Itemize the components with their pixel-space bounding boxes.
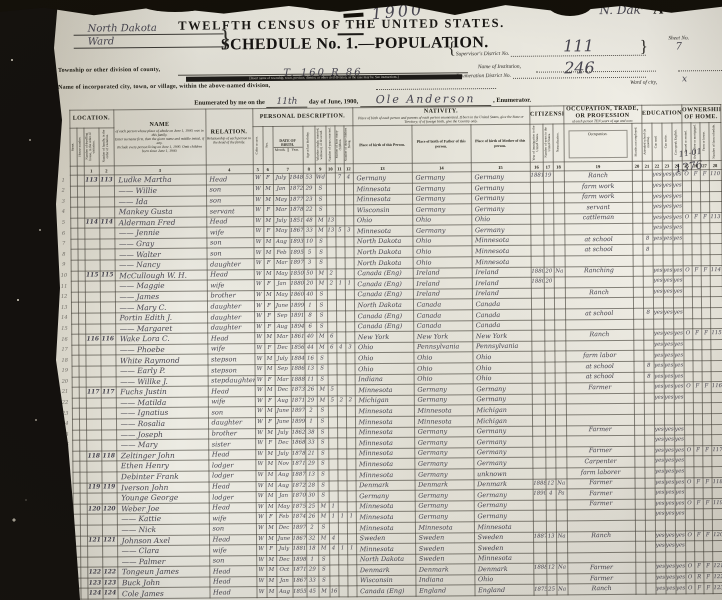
- census-cell: —— Margaret: [115, 323, 207, 334]
- census-cell: Head: [209, 576, 256, 587]
- census-cell: Sep: [274, 311, 290, 322]
- census-cell: [683, 234, 692, 245]
- census-cell: 117: [86, 387, 101, 398]
- census-cell: 1880: [290, 279, 304, 290]
- census-cell: lodger: [209, 492, 256, 503]
- census-cell: [533, 574, 546, 585]
- census-cell: [337, 406, 346, 417]
- census-cell: 115: [710, 329, 722, 340]
- census-cell: Canada (Eng): [357, 586, 416, 597]
- census-cell: [682, 202, 691, 213]
- census-cell: [84, 196, 99, 207]
- col-label: Mother of how many children.: [334, 126, 343, 164]
- census-cell: yes: [672, 191, 682, 202]
- line-number-left: 15: [58, 324, 71, 335]
- census-cell: yes: [675, 541, 685, 552]
- census-cell: yes: [664, 446, 674, 457]
- census-cell: yes: [662, 181, 672, 192]
- census-cell: 124: [87, 588, 102, 599]
- census-cell: Weber Joe: [117, 503, 209, 514]
- census-cell: [556, 521, 567, 532]
- census-cell: [703, 467, 712, 478]
- census-cell: Farmer: [566, 425, 634, 436]
- census-cell: [633, 329, 643, 340]
- census-cell: F: [694, 530, 703, 541]
- census-cell: [632, 192, 642, 203]
- census-cell: [555, 415, 566, 426]
- census-cell: [703, 520, 712, 531]
- census-cell: Minnesota: [474, 521, 533, 532]
- census-cell: 114: [710, 265, 722, 276]
- census-cell: [645, 478, 655, 489]
- col-label: 12: [344, 164, 353, 173]
- col-label: 5: [253, 165, 263, 174]
- census-cell: [702, 403, 711, 414]
- census-cell: [335, 184, 344, 195]
- census-cell: —— Rosalia: [116, 418, 208, 429]
- census-cell: [543, 224, 553, 235]
- census-cell: 30: [306, 491, 318, 502]
- census-cell: Ranch: [565, 287, 633, 298]
- census-cell: Canada: [413, 299, 472, 310]
- census-cell: Germany: [415, 511, 474, 522]
- census-cell: yes: [653, 308, 663, 319]
- census-cell: [556, 553, 567, 564]
- census-cell: Farmer: [566, 446, 634, 457]
- census-cell: [346, 438, 355, 449]
- census-cell: yes: [654, 435, 664, 446]
- census-cell: M: [318, 533, 329, 544]
- census-cell: [673, 255, 683, 266]
- census-cell: 13: [546, 532, 556, 543]
- census-cell: O: [685, 562, 694, 573]
- census-cell: yes: [674, 350, 684, 361]
- census-cell: [663, 244, 673, 255]
- census-cell: 117: [711, 445, 722, 456]
- census-cell: 1868: [291, 438, 305, 449]
- census-cell: W: [256, 555, 266, 566]
- census-cell: S: [316, 300, 327, 311]
- census-cell: yes: [653, 340, 663, 351]
- census-cell: [674, 403, 684, 414]
- census-cell: [347, 565, 356, 576]
- census-cell: yes: [665, 478, 675, 489]
- census-cell: [80, 525, 87, 536]
- census-cell: 8: [643, 245, 653, 256]
- census-cell: yes: [665, 530, 675, 541]
- census-cell: [532, 436, 545, 447]
- census-cell: 1895: [290, 248, 304, 259]
- census-cell: [347, 533, 356, 544]
- census-cell: [642, 181, 652, 192]
- census-cell: [635, 563, 645, 574]
- census-cell: W: [255, 407, 265, 418]
- scanned-census-page: 1900 TWELFTH CENSUS OF THE UNITED STATES…: [0, 0, 722, 600]
- census-cell: Germany: [473, 394, 532, 405]
- census-cell: [86, 377, 101, 388]
- census-cell: [532, 457, 545, 468]
- census-cell: [86, 419, 101, 430]
- census-cell: [544, 245, 554, 256]
- census-cell: May: [276, 502, 292, 513]
- census-cell: Canada: [472, 320, 531, 331]
- census-cell: [347, 523, 356, 534]
- census-cell: Jan: [274, 280, 290, 291]
- census-cell: yes: [665, 541, 675, 552]
- census-cell: 28: [306, 481, 318, 492]
- census-cell: at school: [565, 308, 633, 319]
- census-cell: [530, 214, 543, 225]
- line-number-left: 1: [57, 176, 70, 187]
- census-cell: [643, 298, 653, 309]
- census-cell: M: [318, 586, 329, 597]
- census-cell: [326, 194, 335, 205]
- census-cell: [345, 332, 354, 343]
- census-cell: W: [255, 375, 265, 386]
- census-cell: Head: [206, 216, 253, 227]
- group-education: EDUCATION.: [641, 105, 681, 124]
- census-cell: [100, 260, 115, 271]
- census-cell: W: [254, 248, 264, 259]
- census-cell: Aug: [276, 587, 292, 598]
- census-cell: [692, 297, 701, 308]
- census-cell: Ireland: [472, 277, 531, 288]
- census-cell: [345, 311, 354, 322]
- census-cell: [565, 319, 633, 330]
- census-cell: yes: [654, 425, 664, 436]
- census-cell: Dec: [275, 438, 291, 449]
- census-cell: yes: [672, 181, 682, 192]
- census-cell: [553, 171, 564, 182]
- census-cell: [543, 203, 553, 214]
- census-cell: at school: [565, 245, 633, 256]
- census-cell: 1897: [290, 258, 304, 269]
- census-cell: [702, 392, 711, 403]
- line-number-left: 18: [58, 356, 71, 367]
- census-cell: Tongeun James: [117, 566, 209, 577]
- census-cell: Minnesota: [356, 543, 415, 554]
- census-cell: S: [315, 195, 326, 206]
- census-cell: 120: [102, 504, 117, 515]
- census-cell: W: [254, 280, 264, 291]
- census-cell: 1871: [291, 396, 305, 407]
- census-cell: 118: [712, 477, 722, 488]
- census-cell: [532, 447, 545, 458]
- census-cell: W: [254, 322, 264, 333]
- census-cell: —— Matilda: [116, 397, 208, 408]
- census-cell: [347, 480, 356, 491]
- census-cell: S: [318, 491, 329, 502]
- census-cell: Sweden: [474, 532, 533, 543]
- census-cell: [326, 205, 335, 216]
- corner-state-mark: N. Dak(1) A: [599, 5, 665, 19]
- census-cell: [556, 468, 567, 479]
- census-cell: [328, 459, 337, 470]
- census-cell: 8: [644, 372, 654, 383]
- census-cell: Head: [209, 481, 256, 492]
- census-cell: 10: [303, 237, 315, 248]
- census-cell: Head: [208, 449, 255, 460]
- census-cell: [102, 514, 117, 525]
- census-cell: Head: [206, 174, 253, 185]
- census-cell: [101, 398, 116, 409]
- census-cell: —— Jennie: [114, 227, 206, 238]
- census-cell: Farmer: [568, 573, 636, 584]
- census-cell: 1: [304, 301, 316, 312]
- census-cell: [633, 308, 643, 319]
- col-label: Number of dwelling house, in the order o…: [83, 128, 98, 166]
- census-cell: 1899: [291, 417, 305, 428]
- census-cell: yes: [666, 573, 676, 584]
- census-cell: stepson: [207, 354, 254, 365]
- census-cell: M: [315, 216, 326, 227]
- line-number-left: 34: [60, 525, 73, 536]
- census-cell: 116: [711, 382, 722, 393]
- census-cell: [634, 382, 644, 393]
- census-cell: [710, 297, 722, 308]
- census-cell: at school: [566, 361, 634, 372]
- census-cell: [544, 341, 554, 352]
- census-cell: [635, 510, 645, 521]
- census-cell: [711, 435, 722, 446]
- census-cell: 1894: [290, 322, 304, 333]
- census-cell: May: [274, 269, 290, 280]
- census-cell: —— Ignatius: [116, 407, 208, 418]
- census-cell: [100, 323, 115, 334]
- census-cell: F: [703, 477, 712, 488]
- census-cell: Germany: [415, 490, 474, 501]
- census-cell: 124: [102, 588, 117, 599]
- census-cell: [346, 459, 355, 470]
- census-cell: England: [475, 585, 534, 596]
- census-cell: Germany: [474, 500, 533, 511]
- line-number-left: 35: [60, 536, 73, 547]
- line-number-left: 39: [60, 578, 73, 589]
- census-cell: Ohio: [473, 373, 532, 384]
- line-number-left: 40: [60, 589, 73, 600]
- census-cell: 23: [303, 195, 315, 206]
- census-cell: F: [265, 375, 275, 386]
- col-label: 21: [642, 161, 652, 170]
- census-cell: Denmark: [474, 479, 533, 490]
- census-cell: [328, 364, 337, 375]
- census-cell: [347, 586, 356, 597]
- census-cell: 16: [304, 353, 316, 364]
- col-label: Place of birth of Mother of this person.: [471, 125, 530, 164]
- census-cell: [712, 541, 722, 552]
- census-cell: S: [317, 459, 328, 470]
- census-cell: Pa: [556, 489, 567, 500]
- census-cell: Minnesota: [353, 183, 412, 194]
- census-cell: [327, 353, 336, 364]
- census-cell: yes: [664, 435, 674, 446]
- census-cell: Wisconsin: [353, 204, 412, 215]
- census-cell: [643, 255, 653, 266]
- census-cell: June: [276, 534, 292, 545]
- census-cell: [703, 488, 712, 499]
- census-cell: 1867: [289, 226, 303, 237]
- census-cell: [555, 457, 566, 468]
- census-cell: [553, 182, 564, 193]
- census-cell: [338, 502, 347, 513]
- census-cell: M: [266, 587, 276, 598]
- census-cell: [533, 542, 546, 553]
- census-cell: Germany: [412, 193, 471, 204]
- census-cell: 26: [305, 385, 317, 396]
- census-cell: 2: [305, 406, 317, 417]
- census-cell: [694, 456, 703, 467]
- census-cell: 29: [306, 565, 318, 576]
- col-label: Color or race.: [252, 127, 262, 165]
- census-cell: [555, 373, 566, 384]
- census-cell: [345, 247, 354, 258]
- census-cell: S: [317, 470, 328, 481]
- census-cell: [329, 491, 338, 502]
- census-cell: [692, 287, 701, 298]
- line-number-left: 30: [60, 483, 73, 494]
- census-cell: [634, 404, 644, 415]
- census-cell: [531, 246, 544, 257]
- census-cell: New York: [472, 330, 531, 341]
- census-cell: 6: [327, 332, 336, 343]
- census-cell: yes: [654, 393, 664, 404]
- census-cell: Ohio: [412, 214, 471, 225]
- census-cell: Ludke Martha: [114, 174, 206, 185]
- census-cell: [683, 255, 692, 266]
- census-cell: [653, 319, 663, 330]
- census-cell: Germany: [414, 384, 473, 395]
- city-field: [376, 78, 496, 90]
- line-number-left: 37: [60, 557, 73, 568]
- census-cell: [683, 308, 692, 319]
- census-cell: Farmer: [566, 383, 634, 394]
- census-cell: [703, 509, 712, 520]
- census-cell: M: [264, 354, 274, 365]
- census-cell: 119: [87, 483, 102, 494]
- census-cell: at school: [566, 372, 634, 383]
- census-cell: [554, 320, 565, 331]
- district-block: Supervisor's District No.111 Enumeration…: [456, 36, 646, 82]
- census-cell: —— Phoebe: [115, 344, 207, 355]
- census-cell: Canada: [413, 320, 472, 331]
- col-label: Year of immigration to the United States…: [530, 124, 543, 162]
- census-cell: [565, 340, 633, 351]
- census-cell: F: [704, 583, 713, 594]
- census-cell: servant: [206, 206, 253, 217]
- census-cell: [345, 353, 354, 364]
- census-cell: [555, 351, 566, 362]
- col-label: Months not employed.: [632, 124, 642, 162]
- institution-field-2: [678, 59, 722, 71]
- census-cell: [530, 224, 543, 235]
- census-cell: [344, 205, 353, 216]
- census-cell: [665, 552, 675, 563]
- col-label: Farm or house.: [700, 123, 709, 161]
- census-cell: yes: [664, 393, 674, 404]
- census-cell: Na: [556, 563, 567, 574]
- line-number-left: 32: [60, 504, 73, 515]
- census-cell: [531, 299, 544, 310]
- census-cell: S: [317, 428, 328, 439]
- census-cell: [337, 449, 346, 460]
- census-cell: 20: [304, 279, 316, 290]
- census-cell: [84, 228, 99, 239]
- census-cell: Ireland: [472, 267, 531, 278]
- census-cell: [566, 393, 634, 404]
- census-cell: Sweden: [474, 542, 533, 553]
- census-cell: [344, 237, 353, 248]
- census-cell: [545, 351, 555, 362]
- census-cell: [702, 424, 711, 435]
- census-cell: [86, 366, 101, 377]
- census-cell: W: [254, 301, 264, 312]
- census-cell: McCullough W. H.: [115, 270, 207, 281]
- census-cell: 13: [326, 226, 335, 237]
- census-cell: F: [266, 545, 276, 556]
- census-cell: [327, 311, 336, 322]
- occupation-box-header: Occupation.: [564, 124, 632, 163]
- line-number-left: 25: [59, 430, 72, 441]
- census-cell: May: [273, 195, 289, 206]
- census-cell: [655, 520, 665, 531]
- census-cell: [327, 290, 336, 301]
- census-cell: son: [207, 248, 254, 259]
- census-cell: [644, 351, 654, 362]
- census-cell: Germany: [471, 193, 530, 204]
- census-cell: [702, 350, 711, 361]
- census-cell: Ohio: [355, 363, 414, 374]
- census-cell: M: [264, 269, 274, 280]
- census-cell: [555, 394, 566, 405]
- col-label: Owned free or mortgaged.: [691, 123, 700, 161]
- census-cell: [693, 393, 702, 404]
- census-cell: [673, 297, 683, 308]
- census-cell: Na: [556, 478, 567, 489]
- census-cell: yes: [652, 170, 662, 181]
- census-cell: [329, 576, 338, 587]
- line-number-left: 16: [58, 334, 71, 345]
- census-cell: F: [265, 396, 275, 407]
- census-cell: yes: [675, 509, 685, 520]
- col-label: 7: [273, 165, 303, 174]
- census-cell: July: [273, 216, 289, 227]
- census-cell: S: [317, 364, 328, 375]
- census-cell: Ranch: [564, 171, 632, 182]
- census-cell: Canada (Eng): [354, 278, 413, 289]
- census-cell: M: [266, 566, 276, 577]
- census-cell: [346, 406, 355, 417]
- census-cell: [101, 419, 116, 430]
- census-cell: Minnesota: [355, 406, 414, 417]
- census-cell: [544, 298, 554, 309]
- census-cell: Younge George: [117, 492, 209, 503]
- census-cell: Carpenter: [566, 457, 634, 468]
- census-cell: 32: [306, 534, 318, 545]
- census-cell: [692, 308, 701, 319]
- census-cell: yes: [674, 435, 684, 446]
- census-cell: S: [316, 322, 327, 333]
- census-cell: [633, 266, 643, 277]
- census-cell: M: [265, 449, 275, 460]
- census-cell: [328, 375, 337, 386]
- census-cell: 33: [303, 226, 315, 237]
- col-label: 16: [530, 162, 543, 171]
- census-cell: farm work: [564, 181, 632, 192]
- census-cell: [644, 404, 654, 415]
- census-cell: [694, 541, 703, 552]
- census-cell: [644, 446, 654, 457]
- census-cell: Sweden: [415, 543, 474, 554]
